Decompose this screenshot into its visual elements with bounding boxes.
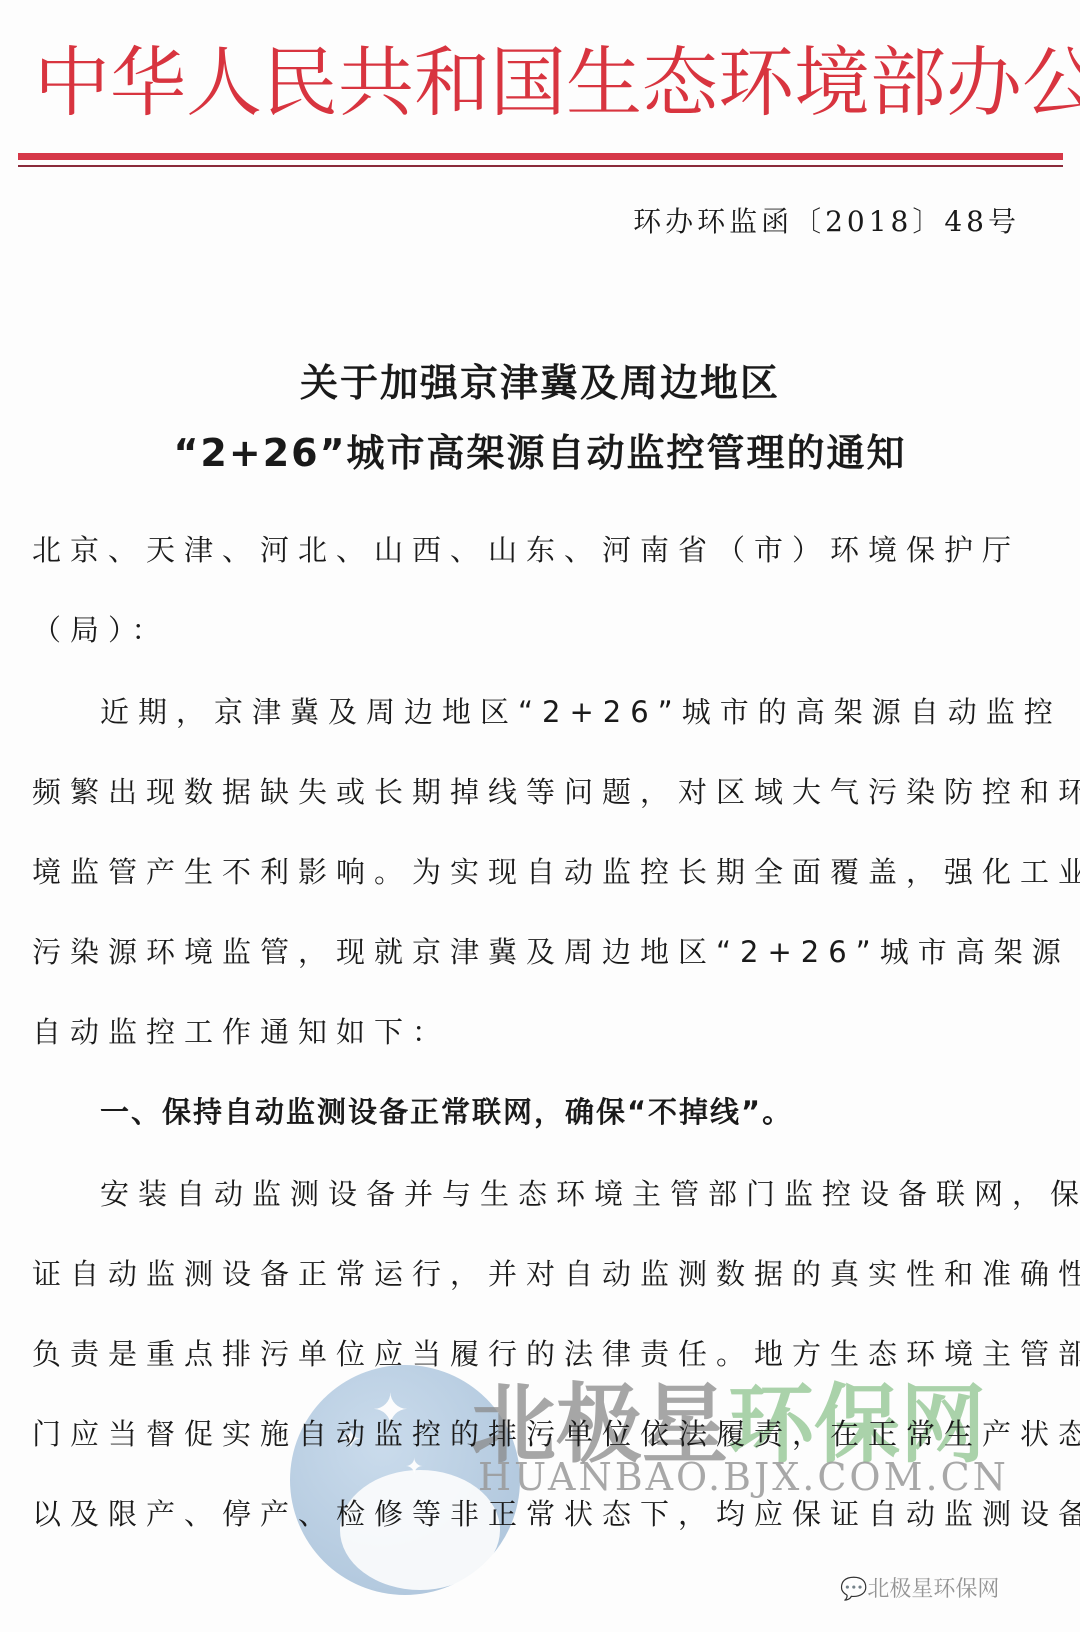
body-line: 污染源环境监管，现就京津冀及周边地区“2+26”城市高架源 (32, 930, 1052, 971)
addressee-line-2: （局）： (32, 608, 1052, 649)
document-number: 环办环监函〔2018〕48号 (633, 200, 1020, 240)
body-line: 门应当督促实施自动监控的排污单位依法履责，在正常生产状态 (32, 1412, 1052, 1453)
masthead-red-rule-thick (18, 153, 1063, 160)
section-1-heading: 一、保持自动监测设备正常联网，确保“不掉线”。 (100, 1090, 1080, 1131)
wechat-icon: 💬 (840, 1577, 867, 1602)
body-line: 近期，京津冀及周边地区“2+26”城市的高架源自动监控 (100, 690, 1080, 731)
body-line: 境监管产生不利影响。为实现自动监控长期全面覆盖，强化工业 (32, 850, 1052, 891)
masthead-red-rule-thin (18, 165, 1063, 167)
body-line: 安装自动监测设备并与生态环境主管部门监控设备联网，保 (100, 1172, 1080, 1213)
wechat-source-label: 💬北极星环保网 (840, 1572, 999, 1603)
wechat-account-name: 北极星环保网 (867, 1577, 999, 1602)
body-line: 自动监控工作通知如下： (32, 1010, 1052, 1051)
watermark-star-icon: ✦ (405, 1455, 423, 1480)
document-title-line-1: 关于加强京津冀及周边地区 (0, 352, 1080, 407)
body-line: 以及限产、停产、检修等非正常状态下，均应保证自动监测设备 (32, 1492, 1052, 1533)
body-line: 证自动监测设备正常运行，并对自动监测数据的真实性和准确性 (32, 1252, 1052, 1293)
issuing-authority-masthead: 中华人民共和国生态环境部办公厅 (18, 28, 1080, 138)
addressee-line-1: 北京、天津、河北、山西、山东、河南省（市）环境保护厅 (32, 528, 1052, 569)
body-line: 频繁出现数据缺失或长期掉线等问题，对区域大气污染防控和环 (32, 770, 1052, 811)
document-title-line-2: “2+26”城市高架源自动监控管理的通知 (0, 422, 1080, 477)
